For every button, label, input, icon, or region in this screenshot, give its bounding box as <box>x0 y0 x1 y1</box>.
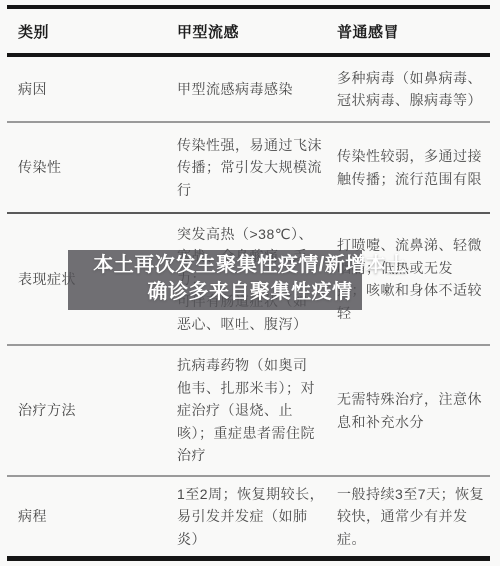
row-category-label: 治疗方法 <box>7 399 177 422</box>
table-bottom-rule <box>7 556 490 561</box>
table-row-cause: 病因 甲型流感病毒感染 多种病毒（如鼻病毒、 冠状病毒、腺病毒等） <box>7 57 490 121</box>
flu-cell: 甲型流感病毒感染 <box>177 78 337 101</box>
cold-cell: 传染性较弱，多通过接 触传播；流行范围有限 <box>337 145 490 190</box>
headline-overlay-text: 本土再次发生聚集性疫情/新增本土 确诊多来自聚集性疫情 <box>0 252 500 306</box>
header-common-cold: 普通感冒 <box>337 21 490 42</box>
row-category-label: 病程 <box>7 505 177 528</box>
row-category-label: 传染性 <box>7 156 177 179</box>
cold-cell: 一般持续3至7天；恢复 较快，通常少有并发 症。 <box>337 483 490 551</box>
table-row-treatment: 治疗方法 抗病毒药物（如奥司 他韦、扎那米韦）；对 症治疗（退烧、止 咳）；重症… <box>7 346 490 475</box>
table-row-course: 病程 1至2周；恢复期较长， 易引发并发症（如肺 炎） 一般持续3至7天；恢复 … <box>7 477 490 556</box>
header-influenza-a: 甲型流感 <box>177 21 337 42</box>
header-category: 类别 <box>7 21 177 42</box>
table-row-contagiousness: 传染性 传染性强，易通过飞沫 传播；常引发大规模流 行 传染性较弱，多通过接 触… <box>7 123 490 212</box>
cold-cell: 多种病毒（如鼻病毒、 冠状病毒、腺病毒等） <box>337 67 490 112</box>
row-category-label: 病因 <box>7 78 177 101</box>
comparison-table-page: 类别 甲型流感 普通感冒 病因 甲型流感病毒感染 多种病毒（如鼻病毒、 冠状病毒… <box>0 0 500 566</box>
flu-cell: 传染性强，易通过飞沫 传播；常引发大规模流 行 <box>177 134 337 202</box>
flu-cell: 1至2周；恢复期较长， 易引发并发症（如肺 炎） <box>177 483 337 551</box>
table-header-row: 类别 甲型流感 普通感冒 <box>7 9 490 53</box>
flu-cell: 抗病毒药物（如奥司 他韦、扎那米韦）；对 症治疗（退烧、止 咳）；重症患者需住院… <box>177 354 337 467</box>
cold-cell: 无需特殊治疗，注意休 息和补充水分 <box>337 388 490 433</box>
